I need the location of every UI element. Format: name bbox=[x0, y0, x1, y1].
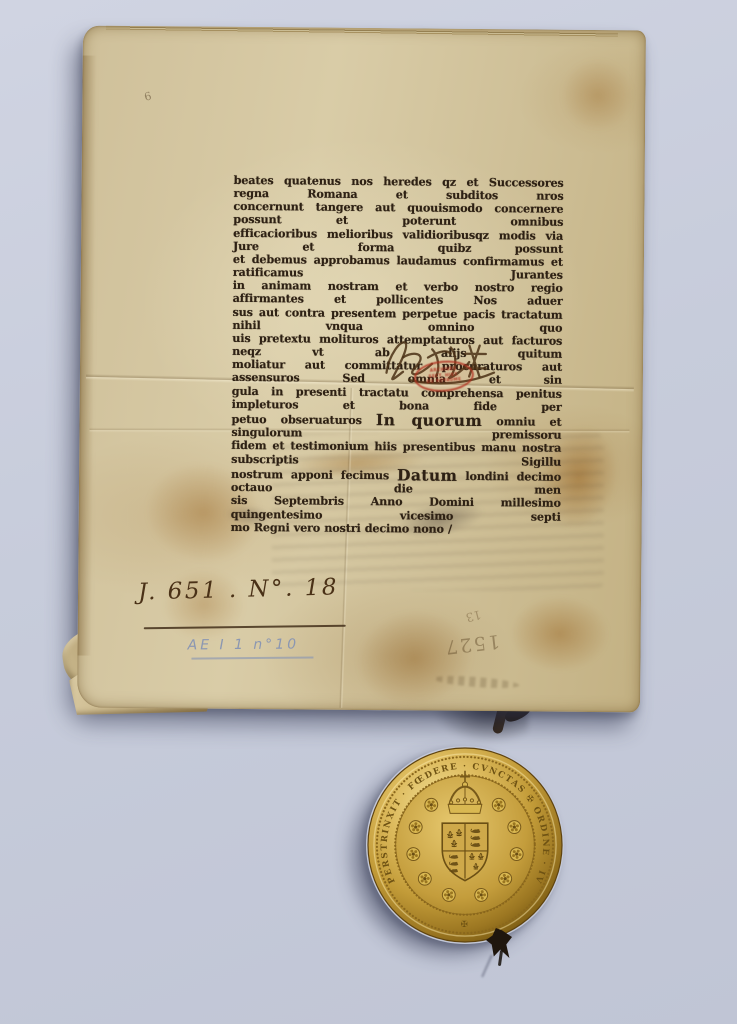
charter-text-line: petuo obseruaturos In quorum omniu et si… bbox=[231, 411, 561, 443]
gold-seal: PERSTRINXIT · FŒDERE · CVNCTAS ✠ ORDINE … bbox=[366, 746, 564, 944]
foxing-stain bbox=[509, 595, 610, 672]
stacked-sheet-edges bbox=[105, 26, 617, 39]
foxing-stain bbox=[560, 58, 635, 133]
left-edge-shading bbox=[77, 56, 96, 656]
parchment-surface: 6 beates quatenus nos heredes qz et Succ… bbox=[77, 26, 646, 713]
seal-tassel-thread bbox=[498, 950, 503, 966]
pencil-shelfmark: AE I 1 n°10 bbox=[188, 636, 300, 653]
charter-text-line: nostrum apponi fecimus Datum londini dec… bbox=[231, 466, 561, 498]
gold-seal-graphic: PERSTRINXIT · FŒDERE · CVNCTAS ✠ ORDINE … bbox=[366, 746, 564, 944]
fold-mark: 6 bbox=[143, 89, 153, 103]
stamp-line: DU ROYAUME bbox=[427, 378, 462, 385]
pencil-shelfmark-underline bbox=[191, 657, 313, 660]
parchment-document: 6 beates quatenus nos heredes qz et Succ… bbox=[77, 26, 646, 713]
faint-note-number: 13 bbox=[464, 607, 482, 624]
photo-stage: PERSTRINXIT · FŒDERE · CVNCTAS ✠ ORDINE … bbox=[0, 0, 737, 1024]
ink-shelfmark: J. 651 . N°. 18 bbox=[138, 574, 340, 605]
seal-bottom-ornament: ✠ bbox=[461, 920, 470, 930]
foxing-stain bbox=[348, 601, 480, 712]
tassel-shadow bbox=[481, 955, 493, 978]
